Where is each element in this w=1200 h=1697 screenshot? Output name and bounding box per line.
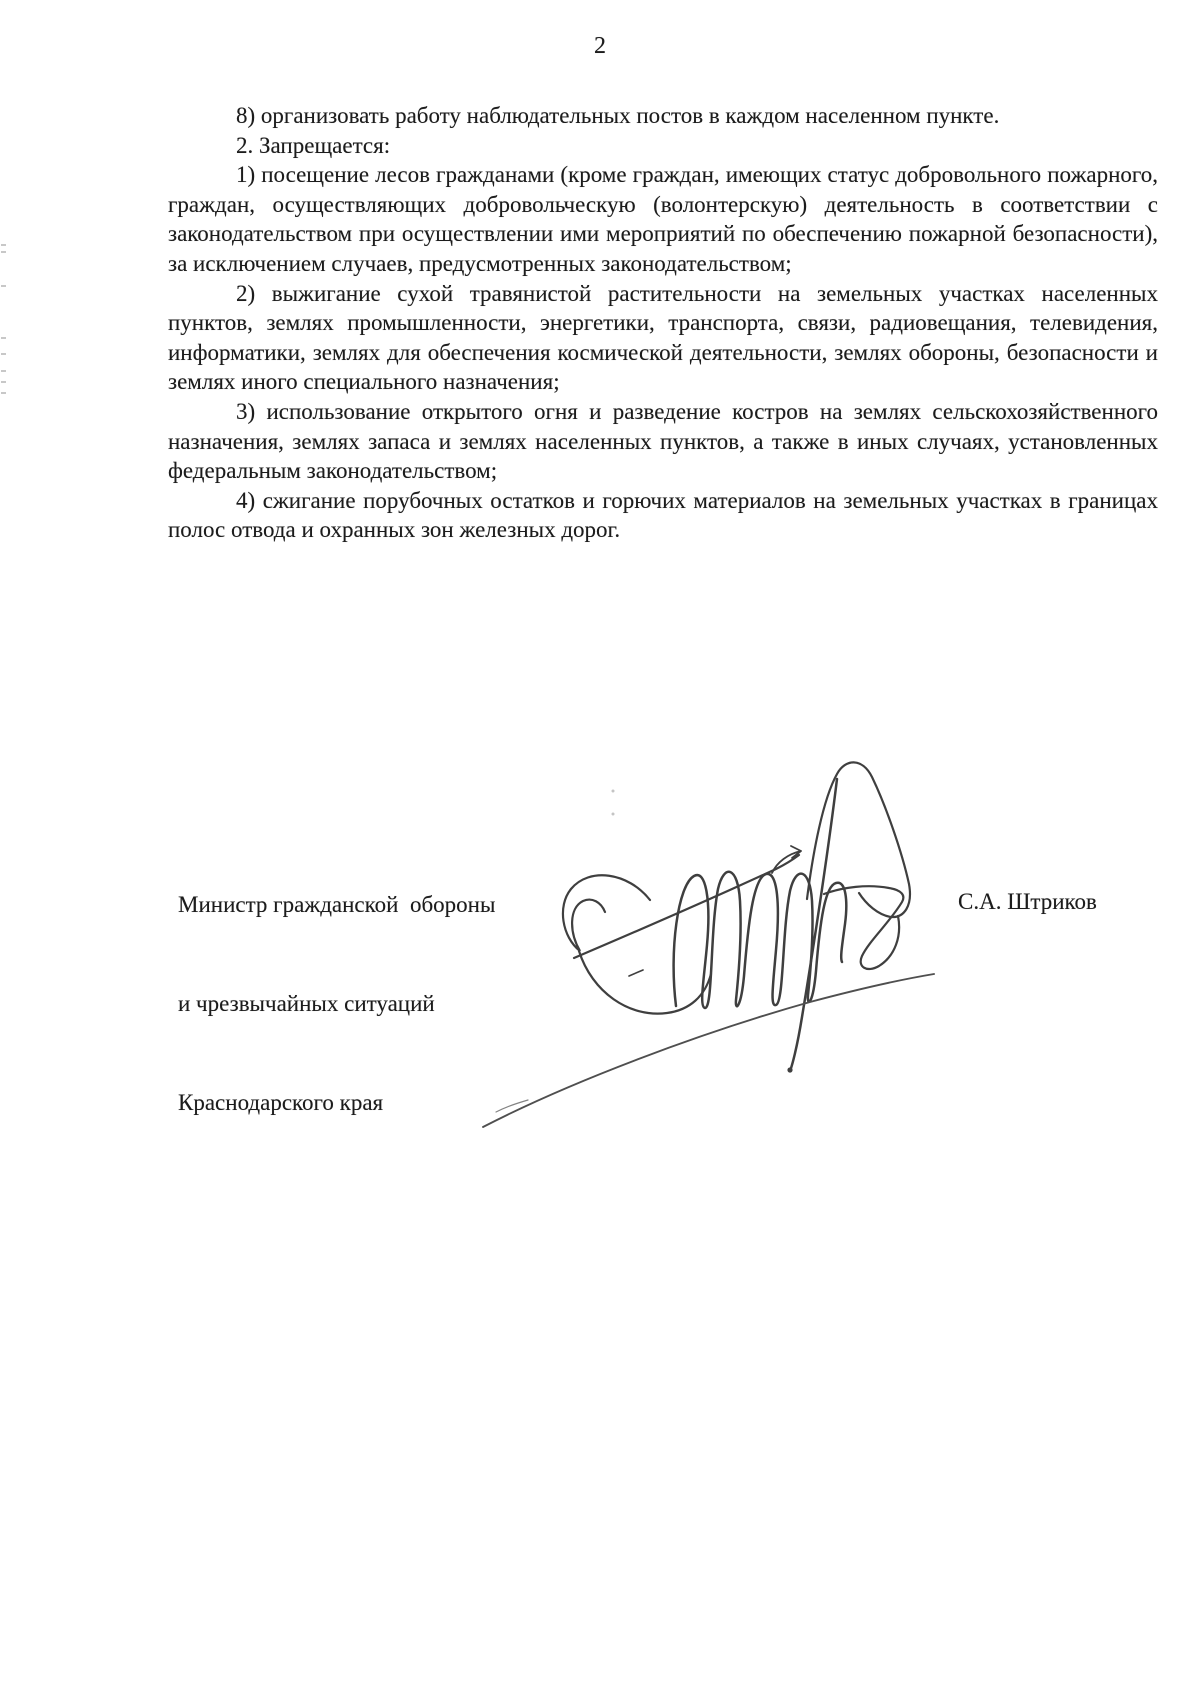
scan-speck: [1, 251, 6, 253]
scan-speck: [1, 370, 6, 372]
document-body: 8) организовать работу наблюдательных по…: [168, 101, 1158, 545]
document-page: 2 8) организовать работу наблюдательных …: [0, 0, 1200, 1697]
page-number: 2: [0, 33, 1200, 60]
scan-speck: [1, 381, 6, 383]
scan-speck: [1, 392, 6, 394]
signatory-title-line-3: Краснодарского края: [178, 1086, 495, 1119]
scan-speck: [1, 285, 6, 287]
paragraph-section-2: 2. Запрещается:: [168, 131, 1158, 161]
paragraph-prohibition-1: 1) посещение лесов гражданами (кроме гра…: [168, 160, 1158, 278]
signatory-name: С.А. Штриков: [958, 889, 1097, 915]
paragraph-prohibition-2: 2) выжигание сухой травянистой раститель…: [168, 279, 1158, 397]
signatory-title-line-1: Министр гражданской обороны: [178, 888, 495, 921]
scan-speck: [1, 353, 6, 355]
paragraph-item-8: 8) организовать работу наблюдательных по…: [168, 101, 1158, 131]
scan-speck: [1, 244, 6, 246]
paragraph-prohibition-3: 3) использование открытого огня и развед…: [168, 397, 1158, 486]
signatory-title-line-2: и чрезвычайных ситуаций: [178, 987, 495, 1020]
paragraph-prohibition-4: 4) сжигание порубочных остатков и горючи…: [168, 486, 1158, 545]
scan-speck: [1, 337, 6, 339]
signatory-title: Министр гражданской обороны и чрезвычайн…: [178, 822, 495, 1185]
